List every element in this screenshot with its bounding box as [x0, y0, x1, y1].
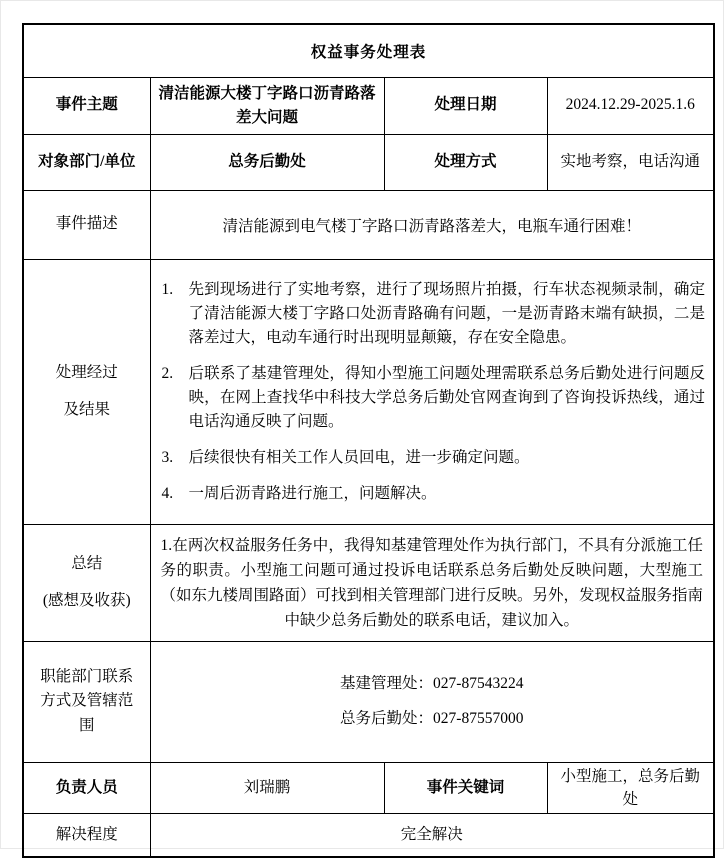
- label-event-keywords: 事件关键词: [384, 762, 547, 814]
- contacts-row: 职能部门联系方式及管辖范围 基建管理处：027-87543224 总务后勤处：0…: [23, 641, 714, 762]
- summary-row: 总结 (感想及收获) 1.在两次权益服务任务中，我得知基建管理处作为执行部门，不…: [23, 524, 714, 641]
- contact-line-construction-office: 基建管理处：027-87543224: [152, 672, 713, 697]
- description-row: 事件描述 清洁能源到电气楼丁字路口沥青路落差大，电瓶车通行困难！: [23, 190, 714, 259]
- label-resolution-degree: 解决程度: [23, 814, 150, 857]
- contact-line-logistics-office: 总务后勤处：027-87557000: [152, 707, 713, 732]
- label-process-method: 处理方式: [384, 134, 547, 190]
- value-target-department: 总务后勤处: [150, 134, 384, 190]
- subject-row: 事件主题 清洁能源大楼丁字路口沥青路落差大问题 处理日期 2024.12.29-…: [23, 77, 714, 134]
- process-item-text: 后联系了基建管理处，得知小型施工问题处理需联系总务后勤处进行问题反映，在网上查找…: [189, 362, 706, 434]
- process-item-text: 后续很快有相关工作人员回电，进一步确定问题。: [189, 446, 706, 470]
- value-process-result: 1. 先到现场进行了实地考察，进行了现场照片拍摄，行车状态视频录制，确定了清洁能…: [150, 259, 714, 524]
- label-event-subject: 事件主题: [23, 77, 150, 134]
- label-process-result: 处理经过 及结果: [23, 259, 150, 524]
- label-target-department: 对象部门/单位: [23, 134, 150, 190]
- label-process-date: 处理日期: [384, 77, 547, 134]
- process-item-3: 3. 后续很快有相关工作人员回电，进一步确定问题。: [159, 446, 706, 470]
- label-summary: 总结 (感想及收获): [23, 524, 150, 641]
- process-item-text: 先到现场进行了实地考察，进行了现场照片拍摄，行车状态视频录制，确定了清洁能源大楼…: [189, 278, 706, 350]
- value-responsible-person: 刘瑞鹏: [150, 762, 384, 814]
- value-process-date: 2024.12.29-2025.1.6: [547, 77, 714, 134]
- value-summary: 1.在两次权益服务任务中，我得知基建管理处作为执行部门，不具有分派施工任务的职责…: [150, 524, 714, 641]
- resolution-row: 解决程度 完全解决: [23, 814, 714, 857]
- process-item-4: 4. 一周后沥青路进行施工，问题解决。: [159, 482, 706, 506]
- target-department-row: 对象部门/单位 总务后勤处 处理方式 实地考察，电话沟通: [23, 134, 714, 190]
- label-event-description: 事件描述: [23, 190, 150, 259]
- label-department-contacts: 职能部门联系方式及管辖范围: [23, 641, 150, 762]
- process-item-number: 4.: [159, 482, 189, 506]
- process-item-1: 1. 先到现场进行了实地考察，进行了现场照片拍摄，行车状态视频录制，确定了清洁能…: [159, 278, 706, 350]
- process-result-row: 处理经过 及结果 1. 先到现场进行了实地考察，进行了现场照片拍摄，行车状态视频…: [23, 259, 714, 524]
- process-item-number: 1.: [159, 278, 189, 350]
- process-item-2: 2. 后联系了基建管理处，得知小型施工问题处理需联系总务后勤处进行问题反映，在网…: [159, 362, 706, 434]
- process-item-number: 3.: [159, 446, 189, 470]
- value-event-keywords: 小型施工，总务后勤处: [547, 762, 714, 814]
- rights-affairs-form: 权益事务处理表 事件主题 清洁能源大楼丁字路口沥青路落差大问题 处理日期 202…: [22, 23, 715, 858]
- value-event-subject: 清洁能源大楼丁字路口沥青路落差大问题: [150, 77, 384, 134]
- document-page: 权益事务处理表 事件主题 清洁能源大楼丁字路口沥青路落差大问题 处理日期 202…: [0, 0, 724, 849]
- process-item-text: 一周后沥青路进行施工，问题解决。: [189, 482, 706, 506]
- form-title: 权益事务处理表: [23, 24, 714, 77]
- label-responsible-person: 负责人员: [23, 762, 150, 814]
- value-resolution-degree: 完全解决: [150, 814, 714, 857]
- person-row: 负责人员 刘瑞鹏 事件关键词 小型施工，总务后勤处: [23, 762, 714, 814]
- value-process-method: 实地考察，电话沟通: [547, 134, 714, 190]
- value-event-description: 清洁能源到电气楼丁字路口沥青路落差大，电瓶车通行困难！: [150, 190, 714, 259]
- form-table: 权益事务处理表 事件主题 清洁能源大楼丁字路口沥青路落差大问题 处理日期 202…: [22, 23, 715, 858]
- value-department-contacts: 基建管理处：027-87543224 总务后勤处：027-87557000: [150, 641, 714, 762]
- title-row: 权益事务处理表: [23, 24, 714, 77]
- process-item-number: 2.: [159, 362, 189, 434]
